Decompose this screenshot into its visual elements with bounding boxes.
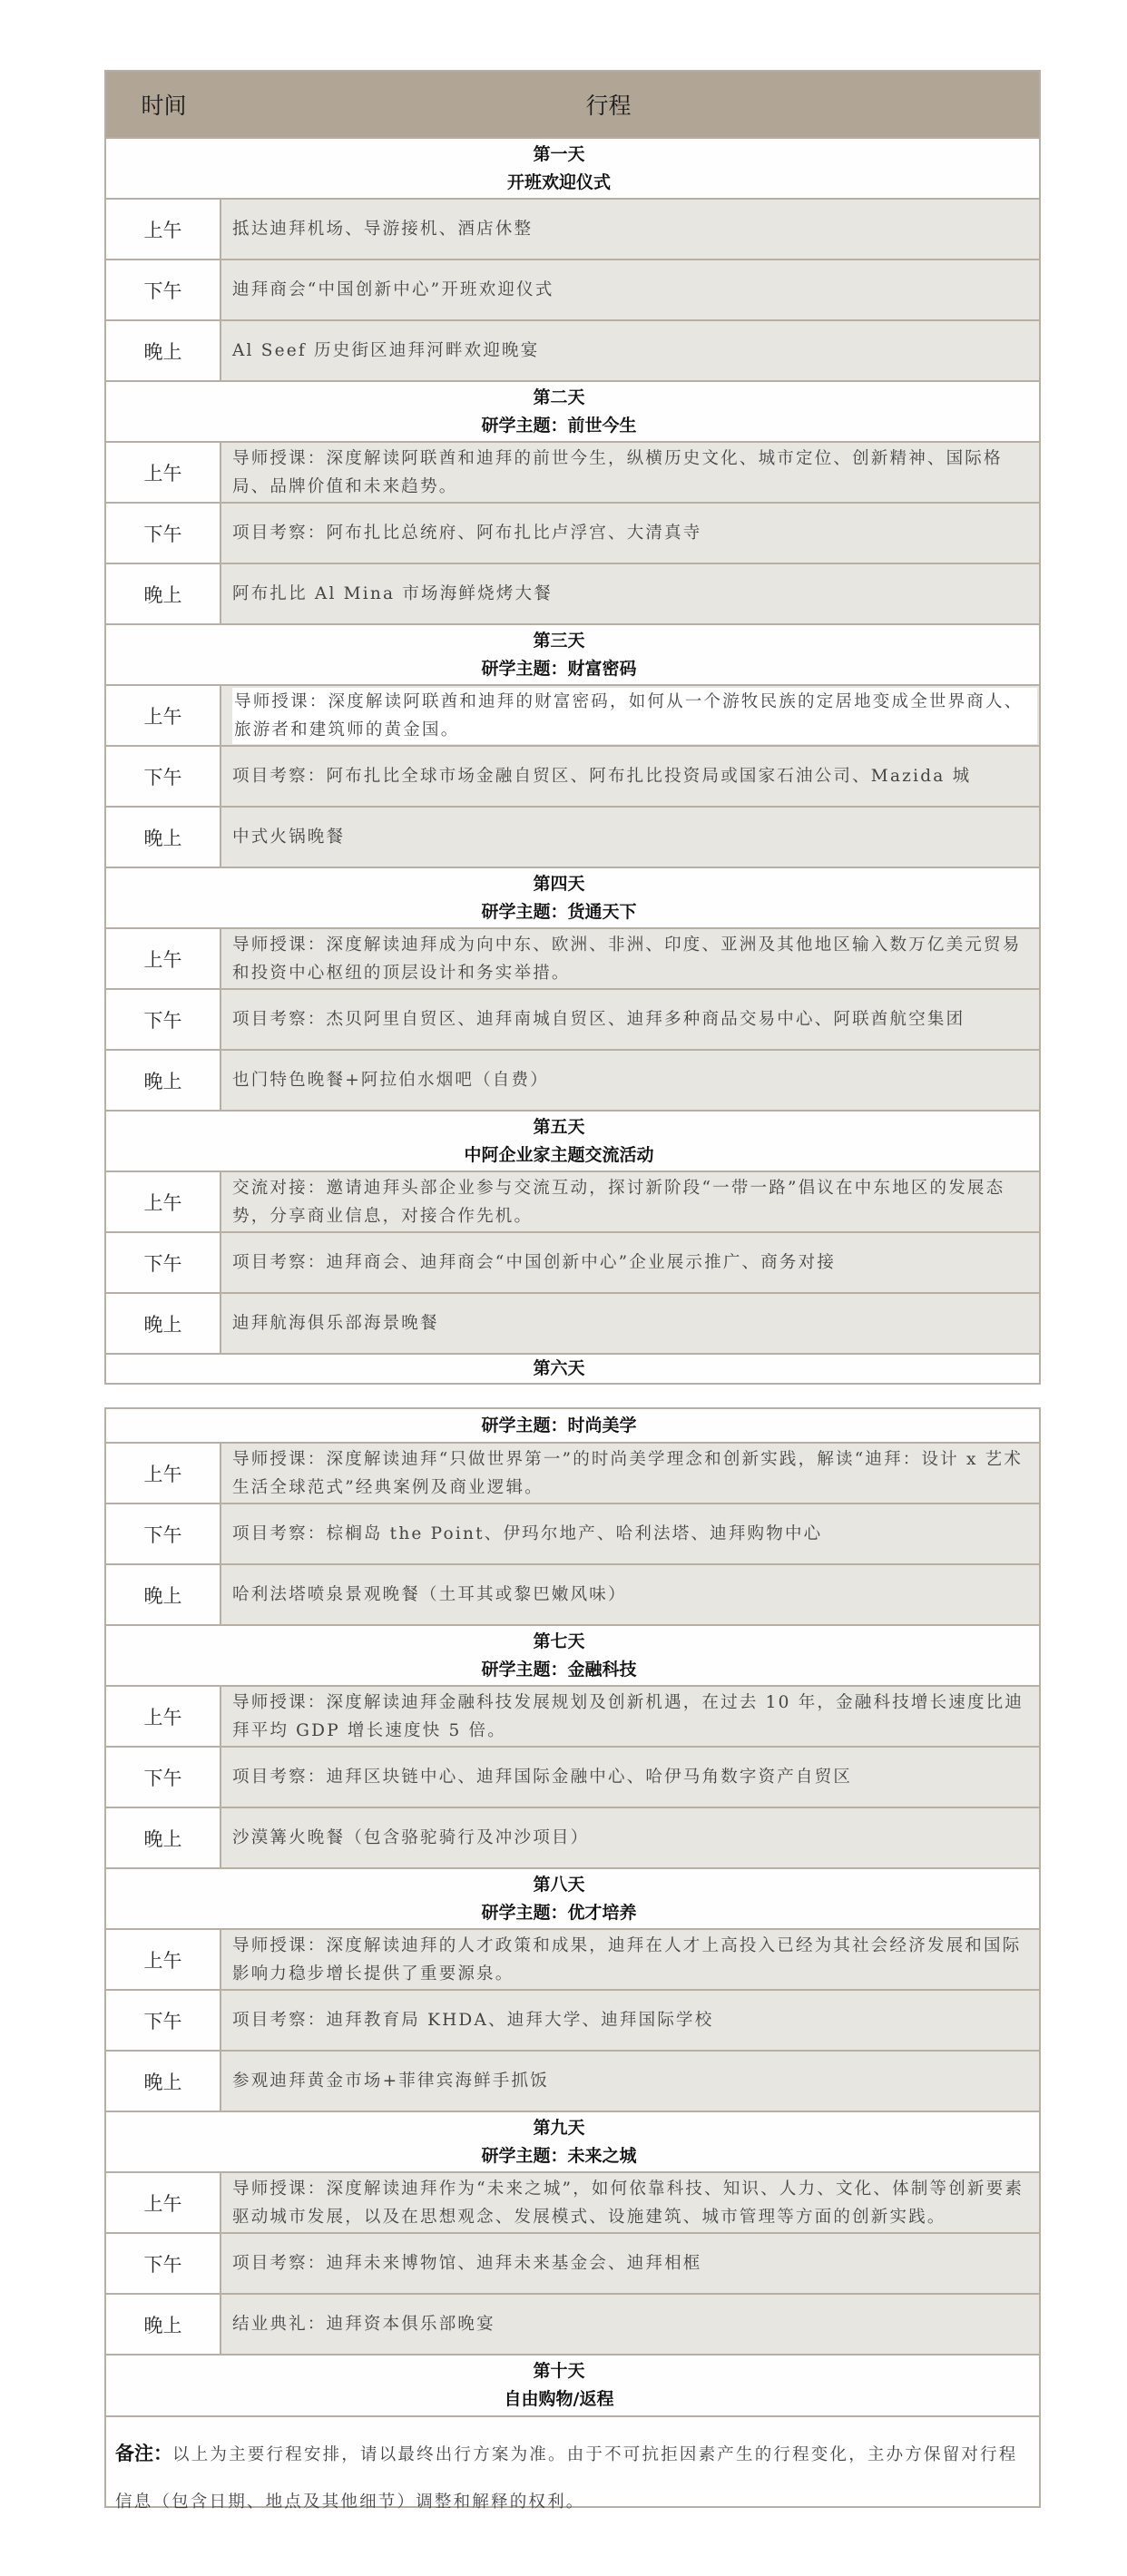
- activity: 结业典礼：迪拜资本俱乐部晚宴: [221, 2295, 1039, 2354]
- table-row: 上午 导师授课：深度解读阿联酋和迪拜的财富密码，如何从一个游牧民族的定居地变成全…: [106, 684, 1039, 745]
- slot-evening: 晚上: [106, 2295, 221, 2354]
- activity: 项目考察：阿布扎比总统府、阿布扎比卢浮宫、大清真寺: [221, 504, 1039, 563]
- activity: 抵达迪拜机场、导游接机、酒店休整: [221, 200, 1039, 259]
- activity: 导师授课：深度解读迪拜作为“未来之城”，如何依靠科技、知识、人力、文化、体制等创…: [221, 2173, 1039, 2232]
- header-schedule: 行程: [221, 88, 1039, 121]
- slot-morning: 上午: [106, 929, 221, 988]
- itinerary-table-part2: 研学主题：时尚美学 上午 导师授课：深度解读迪拜“只做世界第一”的时尚美学理念和…: [104, 1407, 1041, 2508]
- slot-morning: 上午: [106, 443, 221, 502]
- activity: 导师授课：深度解读迪拜成为向中东、欧洲、非洲、印度、亚洲及其他地区输入数万亿美元…: [221, 929, 1039, 988]
- day-theme: 开班欢迎仪式: [507, 169, 638, 197]
- slot-morning: 上午: [106, 1444, 221, 1503]
- day-title: 第四天 研学主题：货通天下: [106, 867, 1039, 927]
- slot-afternoon: 下午: [106, 504, 221, 563]
- day-theme: 研学主题：财富密码: [481, 655, 663, 683]
- day-title: 第九天 研学主题：未来之城: [106, 2111, 1039, 2171]
- slot-evening: 晚上: [106, 1808, 221, 1867]
- slot-evening: 晚上: [106, 1294, 221, 1353]
- activity: 导师授课：深度解读迪拜金融科技发展规划及创新机遇，在过去 10 年，金融科技增长…: [221, 1687, 1039, 1746]
- day-theme: 研学主题：前世今生: [481, 412, 663, 440]
- slot-morning: 上午: [106, 1930, 221, 1989]
- day-label: 第四天: [533, 870, 612, 898]
- slot-morning: 上午: [106, 1172, 221, 1231]
- activity: 沙漠篝火晚餐（包含骆驼骑行及冲沙项目）: [221, 1808, 1039, 1867]
- day-title: 第八天 研学主题：优才培养: [106, 1867, 1039, 1928]
- day-title: 第二天 研学主题：前世今生: [106, 380, 1039, 441]
- table-header: 时间 行程: [106, 72, 1039, 137]
- slot-evening: 晚上: [106, 321, 221, 380]
- table-row: 下午 项目考察：杰贝阿里自贸区、迪拜南城自贸区、迪拜多种商品交易中心、阿联酋航空…: [106, 988, 1039, 1049]
- table-row: 晚上 阿布扎比 Al Mina 市场海鲜烧烤大餐: [106, 563, 1039, 623]
- table-row: 晚上 也门特色晚餐+阿拉伯水烟吧（自费）: [106, 1049, 1039, 1110]
- day-title: 第七天 研学主题：金融科技: [106, 1624, 1039, 1685]
- table-row: 上午 导师授课：深度解读迪拜金融科技发展规划及创新机遇，在过去 10 年，金融科…: [106, 1685, 1039, 1746]
- table-row: 晚上 参观迪拜黄金市场+菲律宾海鲜手抓饭: [106, 2050, 1039, 2111]
- slot-evening: 晚上: [106, 1051, 221, 1110]
- slot-afternoon: 下午: [106, 1748, 221, 1807]
- activity: 项目考察：迪拜未来博物馆、迪拜未来基金会、迪拜相框: [221, 2234, 1039, 2293]
- activity: 项目考察：棕榈岛 the Point、伊玛尔地产、哈利法塔、迪拜购物中心: [221, 1504, 1039, 1563]
- activity: 哈利法塔喷泉景观晚餐（土耳其或黎巴嫩风味）: [221, 1565, 1039, 1624]
- table-row: 下午 项目考察：阿布扎比总统府、阿布扎比卢浮宫、大清真寺: [106, 502, 1039, 563]
- table-row: 上午 导师授课：深度解读迪拜作为“未来之城”，如何依靠科技、知识、人力、文化、体…: [106, 2171, 1039, 2232]
- table-row: 下午 项目考察：迪拜区块链中心、迪拜国际金融中心、哈伊马角数字资产自贸区: [106, 1746, 1039, 1807]
- itinerary-table-part1: 时间 行程 第一天 开班欢迎仪式 上午 抵达迪拜机场、导游接机、酒店休整 下午 …: [104, 70, 1041, 1385]
- day-label: 第二天: [533, 384, 612, 412]
- note-row: 备注：以上为主要行程安排，请以最终出行方案为准。由于不可抗拒因素产生的行程变化，…: [106, 2415, 1039, 2506]
- slot-afternoon: 下午: [106, 1504, 221, 1563]
- activity: Al Seef 历史街区迪拜河畔欢迎晚宴: [221, 321, 1039, 380]
- table-row: 晚上 哈利法塔喷泉景观晚餐（土耳其或黎巴嫩风味）: [106, 1563, 1039, 1624]
- slot-afternoon: 下午: [106, 747, 221, 806]
- slot-afternoon: 下午: [106, 1991, 221, 2050]
- table-row: 上午 导师授课：深度解读迪拜“只做世界第一”的时尚美学理念和创新实践，解读“迪拜…: [106, 1442, 1039, 1503]
- day-title: 第五天 中阿企业家主题交流活动: [106, 1110, 1039, 1170]
- activity: 也门特色晚餐+阿拉伯水烟吧（自费）: [221, 1051, 1039, 1110]
- day-label: 第一天: [533, 141, 612, 169]
- table-row: 晚上 结业典礼：迪拜资本俱乐部晚宴: [106, 2293, 1039, 2354]
- table-row: 晚上 Al Seef 历史街区迪拜河畔欢迎晚宴: [106, 319, 1039, 380]
- table-row: 下午 项目考察：迪拜教育局 KHDA、迪拜大学、迪拜国际学校: [106, 1989, 1039, 2050]
- slot-morning: 上午: [106, 200, 221, 259]
- activity: 项目考察：迪拜商会、迪拜商会“中国创新中心”企业展示推广、商务对接: [221, 1233, 1039, 1292]
- day-label: 第十天: [533, 2357, 612, 2385]
- table-row: 晚上 中式火锅晚餐: [106, 806, 1039, 867]
- activity: 交流对接：邀请迪拜头部企业参与交流互动，探讨新阶段“一带一路”倡议在中东地区的发…: [221, 1172, 1039, 1231]
- table-row: 上午 交流对接：邀请迪拜头部企业参与交流互动，探讨新阶段“一带一路”倡议在中东地…: [106, 1170, 1039, 1231]
- activity-text-highlighted: 导师授课：深度解读阿联酋和迪拜的财富密码，如何从一个游牧民族的定居地变成全世界商…: [232, 688, 1037, 744]
- activity: 导师授课：深度解读阿联酋和迪拜的前世今生，纵横历史文化、城市定位、创新精神、国际…: [221, 443, 1039, 502]
- table-row: 下午 项目考察：棕榈岛 the Point、伊玛尔地产、哈利法塔、迪拜购物中心: [106, 1503, 1039, 1563]
- activity: 导师授课：深度解读迪拜“只做世界第一”的时尚美学理念和创新实践，解读“迪拜：设计…: [221, 1444, 1039, 1503]
- day-theme: 研学主题：货通天下: [481, 898, 663, 926]
- day-label: 第三天: [533, 627, 612, 655]
- day-theme: 中阿企业家主题交流活动: [464, 1141, 681, 1170]
- table-row: 下午 项目考察：迪拜未来博物馆、迪拜未来基金会、迪拜相框: [106, 2232, 1039, 2293]
- note-label: 备注：: [115, 2443, 172, 2464]
- day-label: 第五天: [533, 1113, 612, 1141]
- table-row: 上午 导师授课：深度解读迪拜成为向中东、欧洲、非洲、印度、亚洲及其他地区输入数万…: [106, 927, 1039, 988]
- table-row: 上午 抵达迪拜机场、导游接机、酒店休整: [106, 198, 1039, 259]
- slot-evening: 晚上: [106, 2052, 221, 2111]
- activity: 参观迪拜黄金市场+菲律宾海鲜手抓饭: [221, 2052, 1039, 2111]
- activity: 导师授课：深度解读迪拜的人才政策和成果，迪拜在人才上高投入已经为其社会经济发展和…: [221, 1930, 1039, 1989]
- activity: 项目考察：杰贝阿里自贸区、迪拜南城自贸区、迪拜多种商品交易中心、阿联酋航空集团: [221, 990, 1039, 1049]
- table-row: 上午 导师授课：深度解读阿联酋和迪拜的前世今生，纵横历史文化、城市定位、创新精神…: [106, 441, 1039, 502]
- slot-evening: 晚上: [106, 564, 221, 623]
- day-title: 研学主题：时尚美学: [106, 1409, 1039, 1442]
- day-theme: 研学主题：优才培养: [481, 1899, 663, 1927]
- activity: 项目考察：阿布扎比全球市场金融自贸区、阿布扎比投资局或国家石油公司、Mazida…: [221, 747, 1039, 806]
- slot-afternoon: 下午: [106, 1233, 221, 1292]
- note: 备注：以上为主要行程安排，请以最终出行方案为准。由于不可抗拒因素产生的行程变化，…: [106, 2417, 1039, 2506]
- table-row: 下午 项目考察：迪拜商会、迪拜商会“中国创新中心”企业展示推广、商务对接: [106, 1231, 1039, 1292]
- day-label: 第七天: [533, 1628, 612, 1656]
- activity: 项目考察：迪拜区块链中心、迪拜国际金融中心、哈伊马角数字资产自贸区: [221, 1748, 1039, 1807]
- table-row: 下午 迪拜商会“中国创新中心”开班欢迎仪式: [106, 259, 1039, 319]
- day-label: 第六天: [533, 1355, 612, 1383]
- table-row: 上午 导师授课：深度解读迪拜的人才政策和成果，迪拜在人才上高投入已经为其社会经济…: [106, 1928, 1039, 1989]
- slot-morning: 上午: [106, 1687, 221, 1746]
- day-title: 第十天 自由购物/返程: [106, 2354, 1039, 2415]
- table-row: 晚上 沙漠篝火晚餐（包含骆驼骑行及冲沙项目）: [106, 1807, 1039, 1867]
- day-theme: 研学主题：未来之城: [481, 2142, 663, 2170]
- slot-afternoon: 下午: [106, 990, 221, 1049]
- day-title: 第一天 开班欢迎仪式: [106, 137, 1039, 198]
- activity: 中式火锅晚餐: [221, 808, 1039, 867]
- table-row: 下午 项目考察：阿布扎比全球市场金融自贸区、阿布扎比投资局或国家石油公司、Maz…: [106, 745, 1039, 806]
- day-label: 第九天: [533, 2114, 612, 2142]
- day-theme: 研学主题：金融科技: [481, 1656, 663, 1684]
- activity: 阿布扎比 Al Mina 市场海鲜烧烤大餐: [221, 564, 1039, 623]
- activity: 迪拜航海俱乐部海景晚餐: [221, 1294, 1039, 1353]
- activity: 导师授课：深度解读阿联酋和迪拜的财富密码，如何从一个游牧民族的定居地变成全世界商…: [221, 686, 1039, 745]
- header-time: 时间: [106, 88, 221, 121]
- slot-evening: 晚上: [106, 1565, 221, 1624]
- activity: 项目考察：迪拜教育局 KHDA、迪拜大学、迪拜国际学校: [221, 1991, 1039, 2050]
- day-theme: 自由购物/返程: [505, 2385, 642, 2414]
- slot-afternoon: 下午: [106, 2234, 221, 2293]
- slot-morning: 上午: [106, 686, 221, 745]
- day-label: 第八天: [533, 1871, 612, 1899]
- activity: 迪拜商会“中国创新中心”开班欢迎仪式: [221, 260, 1039, 319]
- day-title: 第三天 研学主题：财富密码: [106, 623, 1039, 684]
- day-theme: 研学主题：时尚美学: [481, 1412, 663, 1440]
- slot-afternoon: 下午: [106, 260, 221, 319]
- note-text: 以上为主要行程安排，请以最终出行方案为准。由于不可抗拒因素产生的行程变化，主办方…: [115, 2445, 1018, 2512]
- slot-evening: 晚上: [106, 808, 221, 867]
- slot-morning: 上午: [106, 2173, 221, 2232]
- table-row: 晚上 迪拜航海俱乐部海景晚餐: [106, 1292, 1039, 1353]
- day-title: 第六天: [106, 1353, 1039, 1383]
